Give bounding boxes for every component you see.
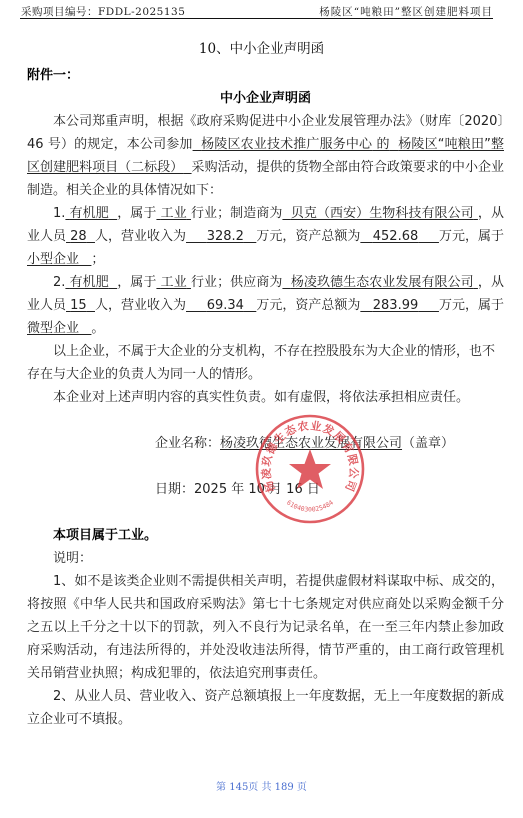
assets-field: 452.68 [360, 229, 439, 244]
notes-label: 说明： [27, 547, 504, 570]
type-field: 微型企业 [27, 321, 91, 336]
signature-company: 企业名称：杨凌玖德生态农业发展有限公司（盖章） [27, 432, 504, 455]
assets-field: 283.99 [360, 298, 439, 313]
statement-independence: 以上企业，不属于大企业的分支机构，不存在控股股东为大企业的情形，也不存在与大企业… [27, 340, 504, 386]
intro-paragraph: 本公司郑重声明，根据《政府采购促进中小企业发展管理办法》（财库〔2020〕46 … [27, 110, 504, 202]
company-name-value: 杨凌玖德生态农业发展有限公司 [220, 436, 402, 451]
page-number: 第 145页 共 189 页 [0, 778, 523, 793]
date-value: 2025 年 10 月 16 日 [194, 482, 320, 497]
revenue-field: 328.2 [186, 229, 256, 244]
product-field: 有机肥 [65, 275, 117, 290]
doc-title: 中小企业声明函 [27, 87, 504, 110]
attachment-label: 附件一： [27, 64, 504, 87]
document-body: 附件一： 中小企业声明函 本公司郑重声明，根据《政府采购促进中小企业发展管理办法… [27, 64, 504, 731]
enterprise-2: 2. 有机肥 ，属于 工业 行业；供应商为 杨凌玖德生态农业发展有限公司 ，从业… [27, 271, 504, 340]
note-item-2: 2、从业人员、营业收入、资产总额填报上一年度数据，无上一年度数据的新成立企业可不… [27, 685, 504, 731]
revenue-field: 69.34 [186, 298, 256, 313]
product-field: 有机肥 [65, 206, 117, 221]
signature-date: 日期：2025 年 10 月 16 日 [27, 478, 504, 501]
project-type: 本项目属于工业。 [27, 524, 504, 547]
industry-field: 工业 [156, 275, 191, 290]
purchaser-field: 杨陵区农业技术推广服务中心 [193, 137, 377, 152]
project-number: 采购项目编号：FDDL-2025135 [21, 4, 185, 19]
enterprise-1: 1. 有机肥 ，属于 工业 行业；制造商为 贝克（西安）生物科技有限公司 ，从业… [27, 202, 504, 271]
note-item-1: 1、如不是该类企业则不需提供相关声明，若提供虚假材料谋取中标、成交的，将按照《中… [27, 570, 504, 685]
section-title: 10、中小企业声明函 [0, 37, 523, 57]
type-field: 小型企业 [27, 252, 91, 267]
industry-field: 工业 [156, 206, 191, 221]
staff-field: 15 [66, 298, 95, 313]
intro-de: 的 [377, 137, 390, 152]
company-field: 贝克（西安）生物科技有限公司 [282, 206, 478, 221]
project-name: 杨陵区“吨粮田”整区创建肥料项目 [319, 4, 493, 19]
company-field: 杨凌玖德生态农业发展有限公司 [282, 275, 478, 290]
staff-field: 28 [66, 229, 95, 244]
statement-truthfulness: 本企业对上述声明内容的真实性负责。如有虚假，将依法承担相应责任。 [27, 386, 504, 409]
page-header: 采购项目编号：FDDL-2025135 杨陵区“吨粮田”整区创建肥料项目 [20, 3, 493, 19]
